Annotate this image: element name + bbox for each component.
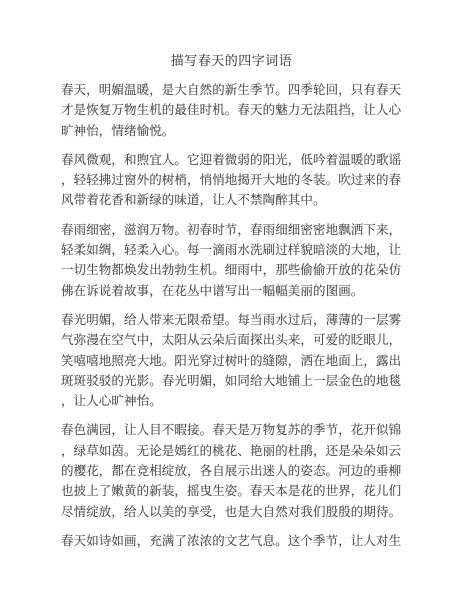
text-line: 尽情绽放，给人以美的享受，也是大自然对我们殷殷的期待。: [61, 502, 402, 522]
text-line: 春天如诗如画，充满了浓浓的文艺气息。这个季节，让人对生: [61, 531, 402, 551]
text-line: 春光明媚，给人带来无限希望。每当雨水过后，薄薄的一层雾: [61, 310, 402, 330]
paragraph: 春光明媚，给人带来无限希望。每当雨水过后，薄薄的一层雾气弥漫在空气中，太阳从云朵…: [61, 310, 402, 411]
text-line: 佛在诉说着故事，在花丛中谱写出一幅幅美丽的图画。: [61, 281, 402, 301]
text-line: ，让人心旷神怡。: [61, 391, 402, 411]
text-line: 春雨细密，滋润万物。初春时节，春雨细细密密地飘洒下来，: [61, 220, 402, 240]
document-body: 春天，明媚温暖，是大自然的新生季节。四季轮回，只有春天才是恢复万物生机的最佳时机…: [61, 80, 402, 551]
text-line: ，轻轻拂过窗外的树梢，悄悄地揭开大地的冬装。吹过来的春: [61, 170, 402, 190]
text-line: 斑斑驳驳的光影。春光明媚，如同给大地铺上一层金色的地毯: [61, 371, 402, 391]
text-line: 气弥漫在空气中，太阳从云朵后面探出头来，可爱的眨眼儿，: [61, 330, 402, 350]
text-line: 春风微观，和煦宜人。它迎着微弱的阳光，低吟着温暖的歌谣: [61, 150, 402, 170]
paragraph: 春天，明媚温暖，是大自然的新生季节。四季轮回，只有春天才是恢复万物生机的最佳时机…: [61, 80, 402, 141]
text-line: 轻柔如绸，轻柔入心。每一滴雨水洗刷过样貌暗淡的大地，让: [61, 240, 402, 260]
text-line: 风带着花香和新绿的味道，让人不禁陶醉其中。: [61, 190, 402, 210]
text-line: 一切生物都焕发出勃勃生机。细雨中，那些偷偷开放的花朵仿: [61, 260, 402, 280]
text-line: ，绿草如茵。无论是嫣红的桃花、艳丽的杜鹃，还是朵朵如云: [61, 441, 402, 461]
text-line: 的樱花，都在竞相绽放，各自展示出迷人的姿态。河边的垂柳: [61, 461, 402, 481]
text-line: 也披上了嫩黄的新装，摇曳生姿。春天本是花的世界，花儿们: [61, 481, 402, 501]
document-title: 描写春天的四字词语: [0, 0, 463, 71]
text-line: 笑嘻嘻地照亮大地。阳光穿过树叶的缝隙，洒在地面上，露出: [61, 351, 402, 371]
paragraph: 春风微观，和煦宜人。它迎着微弱的阳光，低吟着温暖的歌谣，轻轻拂过窗外的树梢，悄悄…: [61, 150, 402, 211]
paragraph: 春天如诗如画，充满了浓浓的文艺气息。这个季节，让人对生: [61, 531, 402, 551]
text-line: 旷神怡，情绪愉悦。: [61, 121, 402, 141]
paragraph: 春色满园，让人目不暇接。春天是万物复苏的季节，花开似锦，绿草如茵。无论是嫣红的桃…: [61, 420, 402, 521]
text-line: 春天，明媚温暖，是大自然的新生季节。四季轮回，只有春天: [61, 80, 402, 100]
text-line: 才是恢复万物生机的最佳时机。春天的魅力无法阻挡，让人心: [61, 100, 402, 120]
paragraph: 春雨细密，滋润万物。初春时节，春雨细细密密地飘洒下来，轻柔如绸，轻柔入心。每一滴…: [61, 220, 402, 301]
text-line: 春色满园，让人目不暇接。春天是万物复苏的季节，花开似锦: [61, 420, 402, 440]
document-page: 描写春天的四字词语 春天，明媚温暖，是大自然的新生季节。四季轮回，只有春天才是恢…: [0, 0, 463, 600]
